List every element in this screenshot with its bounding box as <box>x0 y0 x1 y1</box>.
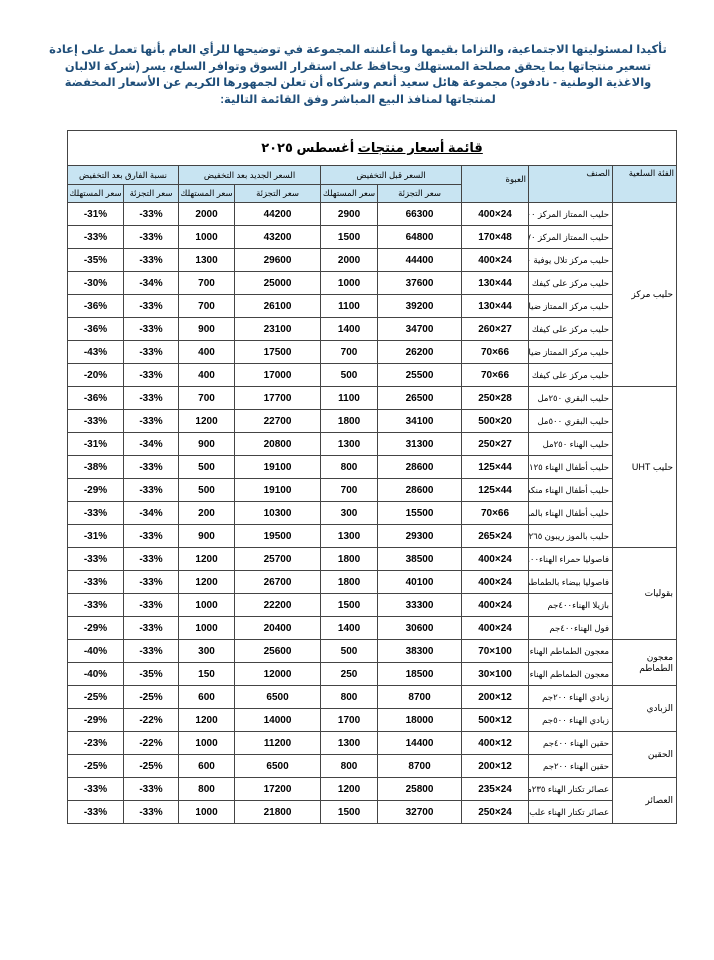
table-row: الزباديزبادي الهناء ٢٠٠جم200×12870080065… <box>68 686 677 709</box>
diff-consumer-pct: -33% <box>68 801 124 824</box>
diff-wholesale-pct: -33% <box>124 226 179 249</box>
header-old-consumer: سعر المستهلك <box>321 185 378 203</box>
pack-size: 250×28 <box>462 387 529 410</box>
diff-wholesale-pct: -33% <box>124 778 179 801</box>
pack-size: 400×24 <box>462 548 529 571</box>
table-row: حليب مركزحليب الممتاز المركز ٤٠٠جم400×24… <box>68 203 677 226</box>
pack-size: 130×44 <box>462 272 529 295</box>
product-name: حليب مركز على كيفك ٢٦٠جم <box>529 318 613 341</box>
new-wholesale-price: 11200 <box>235 732 321 755</box>
old-consumer-price: 700 <box>321 479 378 502</box>
product-name: حقين الهناء ٤٠٠جم <box>529 732 613 755</box>
old-consumer-price: 800 <box>321 456 378 479</box>
product-name: حليب البقري ٢٥٠مل <box>529 387 613 410</box>
diff-wholesale-pct: -25% <box>124 755 179 778</box>
diff-consumer-pct: -25% <box>68 755 124 778</box>
old-consumer-price: 2000 <box>321 249 378 272</box>
new-consumer-price: 2000 <box>179 203 235 226</box>
old-consumer-price: 1100 <box>321 295 378 318</box>
diff-consumer-pct: -20% <box>68 364 124 387</box>
diff-wholesale-pct: -33% <box>124 640 179 663</box>
old-wholesale-price: 64800 <box>378 226 462 249</box>
pack-size: 70×100 <box>462 640 529 663</box>
pack-size: 400×24 <box>462 249 529 272</box>
pack-size: 260×27 <box>462 318 529 341</box>
diff-wholesale-pct: -33% <box>124 295 179 318</box>
new-wholesale-price: 17700 <box>235 387 321 410</box>
price-list-table: قائمة أسعار منتجات أغسطس ٢٠٢٥ الفئة السل… <box>67 130 677 824</box>
table-row: حليب مركز تلال يوفية ٤٠٠جم400×2444400200… <box>68 249 677 272</box>
pack-size: 250×27 <box>462 433 529 456</box>
new-wholesale-price: 22200 <box>235 594 321 617</box>
table-row: العصائرعصائر تكتار الهناء ٢٣٥مل235×24258… <box>68 778 677 801</box>
product-name: حليب البقري ٥٠٠مل <box>529 410 613 433</box>
table-row: معجون الطماطم الهناء ٣٠جم ٤×٢٥×٤30×10018… <box>68 663 677 686</box>
diff-consumer-pct: -33% <box>68 548 124 571</box>
diff-wholesale-pct: -33% <box>124 249 179 272</box>
new-wholesale-price: 22700 <box>235 410 321 433</box>
new-wholesale-price: 6500 <box>235 686 321 709</box>
old-consumer-price: 1000 <box>321 272 378 295</box>
diff-wholesale-pct: -33% <box>124 801 179 824</box>
old-wholesale-price: 44400 <box>378 249 462 272</box>
table-row: الحقينحقين الهناء ٤٠٠جم400×1214400130011… <box>68 732 677 755</box>
old-wholesale-price: 14400 <box>378 732 462 755</box>
pack-size: 200×12 <box>462 755 529 778</box>
pack-size: 125×44 <box>462 456 529 479</box>
pack-size: 70×66 <box>462 341 529 364</box>
old-wholesale-price: 18000 <box>378 709 462 732</box>
product-name: عصائر تكتار الهناء علب ٢٥٠مل <box>529 801 613 824</box>
category-cell: العصائر <box>613 778 677 824</box>
new-wholesale-price: 44200 <box>235 203 321 226</box>
pack-size: 500×20 <box>462 410 529 433</box>
new-consumer-price: 700 <box>179 272 235 295</box>
old-wholesale-price: 15500 <box>378 502 462 525</box>
old-consumer-price: 1300 <box>321 525 378 548</box>
diff-wholesale-pct: -33% <box>124 203 179 226</box>
old-wholesale-price: 38500 <box>378 548 462 571</box>
old-consumer-price: 500 <box>321 364 378 387</box>
new-wholesale-price: 25700 <box>235 548 321 571</box>
category-cell: الحقين <box>613 732 677 778</box>
diff-wholesale-pct: -33% <box>124 318 179 341</box>
pack-size: 250×24 <box>462 801 529 824</box>
new-consumer-price: 800 <box>179 778 235 801</box>
old-wholesale-price: 8700 <box>378 686 462 709</box>
product-name: معجون الطماطم الهناء ٧٠جم ٤×٢٥×٤ <box>529 640 613 663</box>
table-row: حليب البقري ٥٠٠مل500×2034100180022700120… <box>68 410 677 433</box>
product-name: فاصوليا بيضاء بالطماطم الهناء ٤٠٠ جم <box>529 571 613 594</box>
new-consumer-price: 900 <box>179 318 235 341</box>
pack-size: 265×24 <box>462 525 529 548</box>
new-consumer-price: 1200 <box>179 709 235 732</box>
old-wholesale-price: 34100 <box>378 410 462 433</box>
new-wholesale-price: 19500 <box>235 525 321 548</box>
new-wholesale-price: 17000 <box>235 364 321 387</box>
diff-wholesale-pct: -34% <box>124 502 179 525</box>
new-wholesale-price: 23100 <box>235 318 321 341</box>
new-wholesale-price: 21800 <box>235 801 321 824</box>
new-wholesale-price: 26700 <box>235 571 321 594</box>
old-consumer-price: 1300 <box>321 433 378 456</box>
old-wholesale-price: 38300 <box>378 640 462 663</box>
new-wholesale-price: 19100 <box>235 456 321 479</box>
header-diff-wholesale: سعر التجزئة <box>124 185 179 203</box>
table-row: حليب UHTحليب البقري ٢٥٠مل250×28265001100… <box>68 387 677 410</box>
pack-size: 170×48 <box>462 226 529 249</box>
diff-consumer-pct: -23% <box>68 732 124 755</box>
header-category: الفئة السلعية <box>613 166 677 203</box>
diff-consumer-pct: -40% <box>68 640 124 663</box>
product-name: حليب مركز تلال يوفية ٤٠٠جم <box>529 249 613 272</box>
old-wholesale-price: 28600 <box>378 479 462 502</box>
table-row: فول الهناء٤٠٠جم400×24306001400204001000-… <box>68 617 677 640</box>
diff-wholesale-pct: -33% <box>124 571 179 594</box>
diff-wholesale-pct: -34% <box>124 272 179 295</box>
new-wholesale-price: 20800 <box>235 433 321 456</box>
new-consumer-price: 1000 <box>179 801 235 824</box>
diff-wholesale-pct: -33% <box>124 364 179 387</box>
pack-size: 130×44 <box>462 295 529 318</box>
diff-wholesale-pct: -33% <box>124 410 179 433</box>
new-consumer-price: 1000 <box>179 732 235 755</box>
diff-consumer-pct: -31% <box>68 433 124 456</box>
new-consumer-price: 150 <box>179 663 235 686</box>
old-consumer-price: 1400 <box>321 318 378 341</box>
table-body: حليب مركزحليب الممتاز المركز ٤٠٠جم400×24… <box>68 203 677 824</box>
product-name: فاصوليا حمراء الهناء٤٠٠جم <box>529 548 613 571</box>
product-name: فول الهناء٤٠٠جم <box>529 617 613 640</box>
new-consumer-price: 1200 <box>179 410 235 433</box>
new-consumer-price: 300 <box>179 640 235 663</box>
product-name: زبادي الهناء ٥٠٠جم <box>529 709 613 732</box>
product-name: حليب أطفال الهناء منكه ١٢٥مل <box>529 479 613 502</box>
old-consumer-price: 1400 <box>321 617 378 640</box>
table-title-suffix: أغسطس ٢٠٢٥ <box>261 140 358 155</box>
pack-size: 70×66 <box>462 502 529 525</box>
diff-consumer-pct: -36% <box>68 295 124 318</box>
pack-size: 400×24 <box>462 594 529 617</box>
product-name: حليب أطفال الهناء بالموز ٧٠ مل <box>529 502 613 525</box>
new-wholesale-price: 43200 <box>235 226 321 249</box>
old-wholesale-price: 33300 <box>378 594 462 617</box>
product-name: حليب مركز الممتاز ضيافة ١٣٠جم <box>529 295 613 318</box>
category-cell: بقوليات <box>613 548 677 640</box>
product-name: حليب أطفال الهناء ١٢٥مل <box>529 456 613 479</box>
pack-size: 400×24 <box>462 617 529 640</box>
old-consumer-price: 250 <box>321 663 378 686</box>
pack-size: 125×44 <box>462 479 529 502</box>
product-name: بازيلا الهناء٤٠٠جم <box>529 594 613 617</box>
diff-wholesale-pct: -33% <box>124 594 179 617</box>
diff-consumer-pct: -25% <box>68 686 124 709</box>
product-name: عصائر تكتار الهناء ٢٣٥مل <box>529 778 613 801</box>
pack-size: 400×24 <box>462 203 529 226</box>
new-wholesale-price: 6500 <box>235 755 321 778</box>
diff-consumer-pct: -29% <box>68 617 124 640</box>
diff-wholesale-pct: -33% <box>124 341 179 364</box>
old-wholesale-price: 28600 <box>378 456 462 479</box>
new-consumer-price: 1000 <box>179 617 235 640</box>
diff-wholesale-pct: -25% <box>124 686 179 709</box>
new-wholesale-price: 25000 <box>235 272 321 295</box>
old-wholesale-price: 32700 <box>378 801 462 824</box>
new-wholesale-price: 20400 <box>235 617 321 640</box>
new-wholesale-price: 25600 <box>235 640 321 663</box>
new-consumer-price: 1000 <box>179 226 235 249</box>
diff-consumer-pct: -29% <box>68 479 124 502</box>
new-wholesale-price: 17200 <box>235 778 321 801</box>
old-wholesale-price: 26500 <box>378 387 462 410</box>
diff-wholesale-pct: -22% <box>124 709 179 732</box>
table-row: بازيلا الهناء٤٠٠جم400×243330015002220010… <box>68 594 677 617</box>
table-row: حليب أطفال الهناء منكه ١٢٥مل125×44286007… <box>68 479 677 502</box>
diff-consumer-pct: -43% <box>68 341 124 364</box>
intro-paragraph: تأكيدا لمسئوليتها الاجتماعية، والتزاما ب… <box>48 42 668 108</box>
product-name: حليب الممتاز المركز ١٧٠جم <box>529 226 613 249</box>
new-consumer-price: 1200 <box>179 571 235 594</box>
old-wholesale-price: 8700 <box>378 755 462 778</box>
diff-consumer-pct: -33% <box>68 594 124 617</box>
new-wholesale-price: 26100 <box>235 295 321 318</box>
diff-consumer-pct: -31% <box>68 525 124 548</box>
old-wholesale-price: 18500 <box>378 663 462 686</box>
old-consumer-price: 700 <box>321 341 378 364</box>
table-row: حليب مركز على كيفك ٧٠جم70×66255005001700… <box>68 364 677 387</box>
pack-size: 235×24 <box>462 778 529 801</box>
diff-wholesale-pct: -34% <box>124 433 179 456</box>
old-wholesale-price: 31300 <box>378 433 462 456</box>
product-name: حليب مركز على كيفك ١٣٠جم <box>529 272 613 295</box>
category-cell: حليب UHT <box>613 387 677 548</box>
product-name: حقين الهناء ٢٠٠جم <box>529 755 613 778</box>
table-row: حليب أطفال الهناء ١٢٥مل125×4428600800191… <box>68 456 677 479</box>
header-after-discount: السعر الجديد بعد التخفيض <box>179 166 321 185</box>
product-name: حليب الممتاز المركز ٤٠٠جم <box>529 203 613 226</box>
header-diff-pct: نسبة الفارق بعد التخفيض <box>68 166 179 185</box>
pack-size: 400×12 <box>462 732 529 755</box>
old-wholesale-price: 66300 <box>378 203 462 226</box>
old-consumer-price: 300 <box>321 502 378 525</box>
new-consumer-price: 500 <box>179 479 235 502</box>
old-consumer-price: 1200 <box>321 778 378 801</box>
table-row: حليب مركز على كيفك ٢٦٠جم260×273470014002… <box>68 318 677 341</box>
old-wholesale-price: 29300 <box>378 525 462 548</box>
diff-wholesale-pct: -33% <box>124 456 179 479</box>
old-consumer-price: 1500 <box>321 594 378 617</box>
old-consumer-price: 1800 <box>321 571 378 594</box>
product-name: حليب مركز الممتاز ضيافة ٧٠جم <box>529 341 613 364</box>
old-consumer-price: 2900 <box>321 203 378 226</box>
old-consumer-price: 1300 <box>321 732 378 755</box>
new-wholesale-price: 10300 <box>235 502 321 525</box>
header-new-consumer: سعر المستهلك <box>179 185 235 203</box>
new-consumer-price: 900 <box>179 525 235 548</box>
old-wholesale-price: 39200 <box>378 295 462 318</box>
old-wholesale-price: 40100 <box>378 571 462 594</box>
table-row: حليب مركز الممتاز ضيافة ١٣٠جم130×4439200… <box>68 295 677 318</box>
new-wholesale-price: 19100 <box>235 479 321 502</box>
old-wholesale-price: 37600 <box>378 272 462 295</box>
diff-consumer-pct: -38% <box>68 456 124 479</box>
new-wholesale-price: 14000 <box>235 709 321 732</box>
pack-size: 400×24 <box>462 571 529 594</box>
table-row: حليب مركز على كيفك ١٣٠جم130×443760010002… <box>68 272 677 295</box>
new-wholesale-price: 29600 <box>235 249 321 272</box>
pack-size: 500×12 <box>462 709 529 732</box>
pack-size: 30×100 <box>462 663 529 686</box>
new-wholesale-price: 12000 <box>235 663 321 686</box>
diff-consumer-pct: -36% <box>68 318 124 341</box>
product-name: معجون الطماطم الهناء ٣٠جم ٤×٢٥×٤ <box>529 663 613 686</box>
product-name: حليب بالموز ريبون ٢٦٥جم <box>529 525 613 548</box>
diff-wholesale-pct: -33% <box>124 525 179 548</box>
old-wholesale-price: 30600 <box>378 617 462 640</box>
old-wholesale-price: 25500 <box>378 364 462 387</box>
diff-wholesale-pct: -35% <box>124 663 179 686</box>
header-diff-consumer: سعر المستهلك <box>68 185 124 203</box>
diff-consumer-pct: -33% <box>68 226 124 249</box>
header-product: الصنف <box>529 166 613 203</box>
table-row: زبادي الهناء ٥٠٠جم500×121800017001400012… <box>68 709 677 732</box>
new-consumer-price: 400 <box>179 364 235 387</box>
table-title: قائمة أسعار منتجات أغسطس ٢٠٢٥ <box>68 131 677 166</box>
diff-consumer-pct: -33% <box>68 571 124 594</box>
new-consumer-price: 1300 <box>179 249 235 272</box>
diff-consumer-pct: -29% <box>68 709 124 732</box>
product-name: حليب الهناء ٢٥٠مل <box>529 433 613 456</box>
new-consumer-price: 600 <box>179 686 235 709</box>
diff-consumer-pct: -33% <box>68 778 124 801</box>
old-wholesale-price: 25800 <box>378 778 462 801</box>
diff-consumer-pct: -40% <box>68 663 124 686</box>
new-consumer-price: 700 <box>179 387 235 410</box>
table-row: فاصوليا بيضاء بالطماطم الهناء ٤٠٠ جم400×… <box>68 571 677 594</box>
table-row: عصائر تكتار الهناء علب ٢٥٠مل250×24327001… <box>68 801 677 824</box>
category-cell: الزبادي <box>613 686 677 732</box>
header-new-wholesale: سعر التجزئة <box>235 185 321 203</box>
old-consumer-price: 500 <box>321 640 378 663</box>
table-row: بقولياتفاصوليا حمراء الهناء٤٠٠جم400×2438… <box>68 548 677 571</box>
product-name: حليب مركز على كيفك ٧٠جم <box>529 364 613 387</box>
table-row: معجون الطماطممعجون الطماطم الهناء ٧٠جم ٤… <box>68 640 677 663</box>
diff-wholesale-pct: -22% <box>124 732 179 755</box>
old-consumer-price: 1500 <box>321 226 378 249</box>
old-consumer-price: 1800 <box>321 548 378 571</box>
old-consumer-price: 1700 <box>321 709 378 732</box>
old-consumer-price: 800 <box>321 755 378 778</box>
old-wholesale-price: 26200 <box>378 341 462 364</box>
table-row: حليب الممتاز المركز ١٧٠جم170×48648001500… <box>68 226 677 249</box>
new-consumer-price: 200 <box>179 502 235 525</box>
table-row: حليب أطفال الهناء بالموز ٧٠ مل70×6615500… <box>68 502 677 525</box>
diff-wholesale-pct: -33% <box>124 479 179 502</box>
old-wholesale-price: 34700 <box>378 318 462 341</box>
table-row: حقين الهناء ٢٠٠جم200×1287008006500600-25… <box>68 755 677 778</box>
pack-size: 70×66 <box>462 364 529 387</box>
new-consumer-price: 700 <box>179 295 235 318</box>
diff-wholesale-pct: -33% <box>124 548 179 571</box>
old-consumer-price: 1500 <box>321 801 378 824</box>
new-consumer-price: 500 <box>179 456 235 479</box>
category-cell: معجون الطماطم <box>613 640 677 686</box>
table-row: حليب الهناء ٢٥٠مل250×2731300130020800900… <box>68 433 677 456</box>
diff-consumer-pct: -33% <box>68 410 124 433</box>
new-consumer-price: 1200 <box>179 548 235 571</box>
diff-consumer-pct: -31% <box>68 203 124 226</box>
diff-wholesale-pct: -33% <box>124 387 179 410</box>
product-name: زبادي الهناء ٢٠٠جم <box>529 686 613 709</box>
header-pack: العبوة <box>462 166 529 203</box>
diff-consumer-pct: -30% <box>68 272 124 295</box>
header-before-discount: السعر قبل التخفيض <box>321 166 462 185</box>
table-row: حليب مركز الممتاز ضيافة ٧٠جم70×662620070… <box>68 341 677 364</box>
diff-wholesale-pct: -33% <box>124 617 179 640</box>
table-row: حليب بالموز ريبون ٢٦٥جم265×2429300130019… <box>68 525 677 548</box>
table-title-prefix: قائمة أسعار منتجات <box>358 140 483 155</box>
old-consumer-price: 800 <box>321 686 378 709</box>
diff-consumer-pct: -35% <box>68 249 124 272</box>
category-cell: حليب مركز <box>613 203 677 387</box>
old-consumer-price: 1100 <box>321 387 378 410</box>
new-wholesale-price: 17500 <box>235 341 321 364</box>
diff-consumer-pct: -33% <box>68 502 124 525</box>
diff-consumer-pct: -36% <box>68 387 124 410</box>
old-consumer-price: 1800 <box>321 410 378 433</box>
new-consumer-price: 600 <box>179 755 235 778</box>
header-old-wholesale: سعر التجزئة <box>378 185 462 203</box>
new-consumer-price: 900 <box>179 433 235 456</box>
pack-size: 200×12 <box>462 686 529 709</box>
new-consumer-price: 400 <box>179 341 235 364</box>
new-consumer-price: 1000 <box>179 594 235 617</box>
